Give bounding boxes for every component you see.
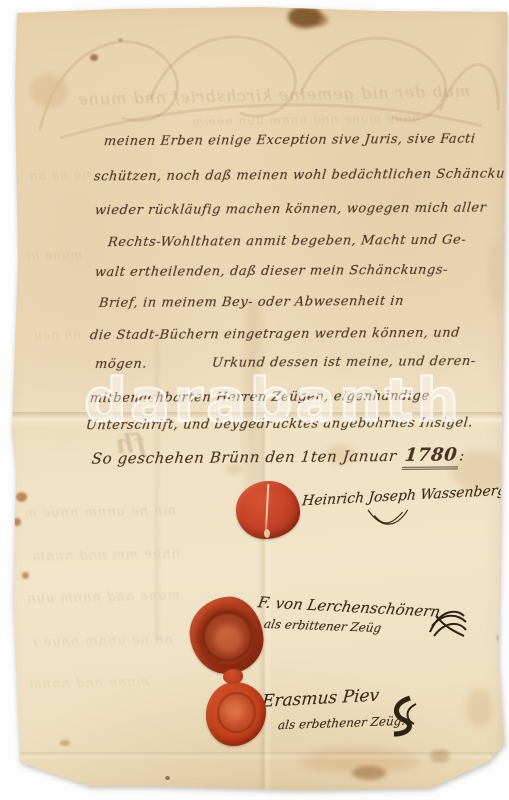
foxing-spot <box>16 492 27 502</box>
stain-spot <box>90 54 98 61</box>
foxing-spot <box>13 518 21 526</box>
verso-bleedthrough-line: mune nnd <box>27 247 82 262</box>
manuscript-line: Rechts-Wohlthaten anmit begeben, Macht u… <box>107 233 467 250</box>
verso-bleedthrough-line: nn ne unm <box>30 167 90 182</box>
signature-scribble <box>426 602 470 642</box>
wax-seal-middle <box>186 593 267 677</box>
seal-impression <box>217 692 256 733</box>
manuscript-line: Brief, in meinem Bey- oder Abwesenheit i… <box>98 294 405 311</box>
manuscript-line: wieder rückläufig machen können, wogegen… <box>94 201 487 219</box>
seal-crack-notch <box>264 529 270 538</box>
date-year: 1780 <box>401 444 460 469</box>
signature-lerchenschoenern: F. von Lerchenschönern als erbittener Ze… <box>258 598 440 634</box>
foxing-spot <box>60 740 70 746</box>
manuscript-line: walt ertheilenden, daß dieser mein Schän… <box>94 263 449 280</box>
wax-seal-bottom <box>206 682 266 746</box>
date-text: So geschehen Brünn den 1ten Januar <box>91 447 398 468</box>
verso-bleedthrough-line: mune nnd nnnm u <box>29 675 149 693</box>
manuscript-line: meinen Erben einige Exception sive Juris… <box>103 132 476 150</box>
stain-spot <box>30 74 68 108</box>
manuscript-paper: mub der nid gemeine kirchsbrief nnd mune… <box>0 0 509 800</box>
manuscript-line: schützen, noch daß meinen wohl bedächtli… <box>93 167 509 185</box>
signature-subscript: als erbittener Zeüg <box>263 617 442 637</box>
seal-wax-drip <box>223 669 243 684</box>
paper-shadow: mub der nid gemeine kirchsbrief nnd mune… <box>0 0 509 800</box>
seal-crack <box>265 484 270 535</box>
verso-bleedthrough-line: nn neu m <box>31 327 81 342</box>
signature-erasmus: Erasmus Piev als erbethener Zeüg. <box>262 688 405 730</box>
stain-spot <box>310 14 328 26</box>
wax-seal-top <box>236 481 300 539</box>
foxing-spot <box>22 572 29 579</box>
stain-spot <box>488 240 506 310</box>
signature-text: F. von Lerchenschönern <box>256 593 442 620</box>
foxing-spot <box>165 776 170 780</box>
horizontal-fold-crease <box>0 752 509 760</box>
stain-spot <box>466 688 492 728</box>
darabanth-watermark: darabanth <box>84 366 462 436</box>
foxing-spot <box>118 38 123 42</box>
photograph-background: mub der nid gemeine kirchsbrief nnd mune… <box>0 0 509 800</box>
stain-spot <box>352 766 386 780</box>
foxing-spot <box>497 634 505 642</box>
signature-wassenberg: Heinrich Joseph Wassenberg <box>301 483 507 510</box>
manuscript-date-line: So geschehen Brünn den 1ten Januar1780: <box>91 444 466 468</box>
signature-flourish <box>361 504 413 533</box>
manuscript-line: die Stadt-Büchern eingetragen werden kön… <box>89 326 461 344</box>
seal-impression <box>199 608 255 664</box>
